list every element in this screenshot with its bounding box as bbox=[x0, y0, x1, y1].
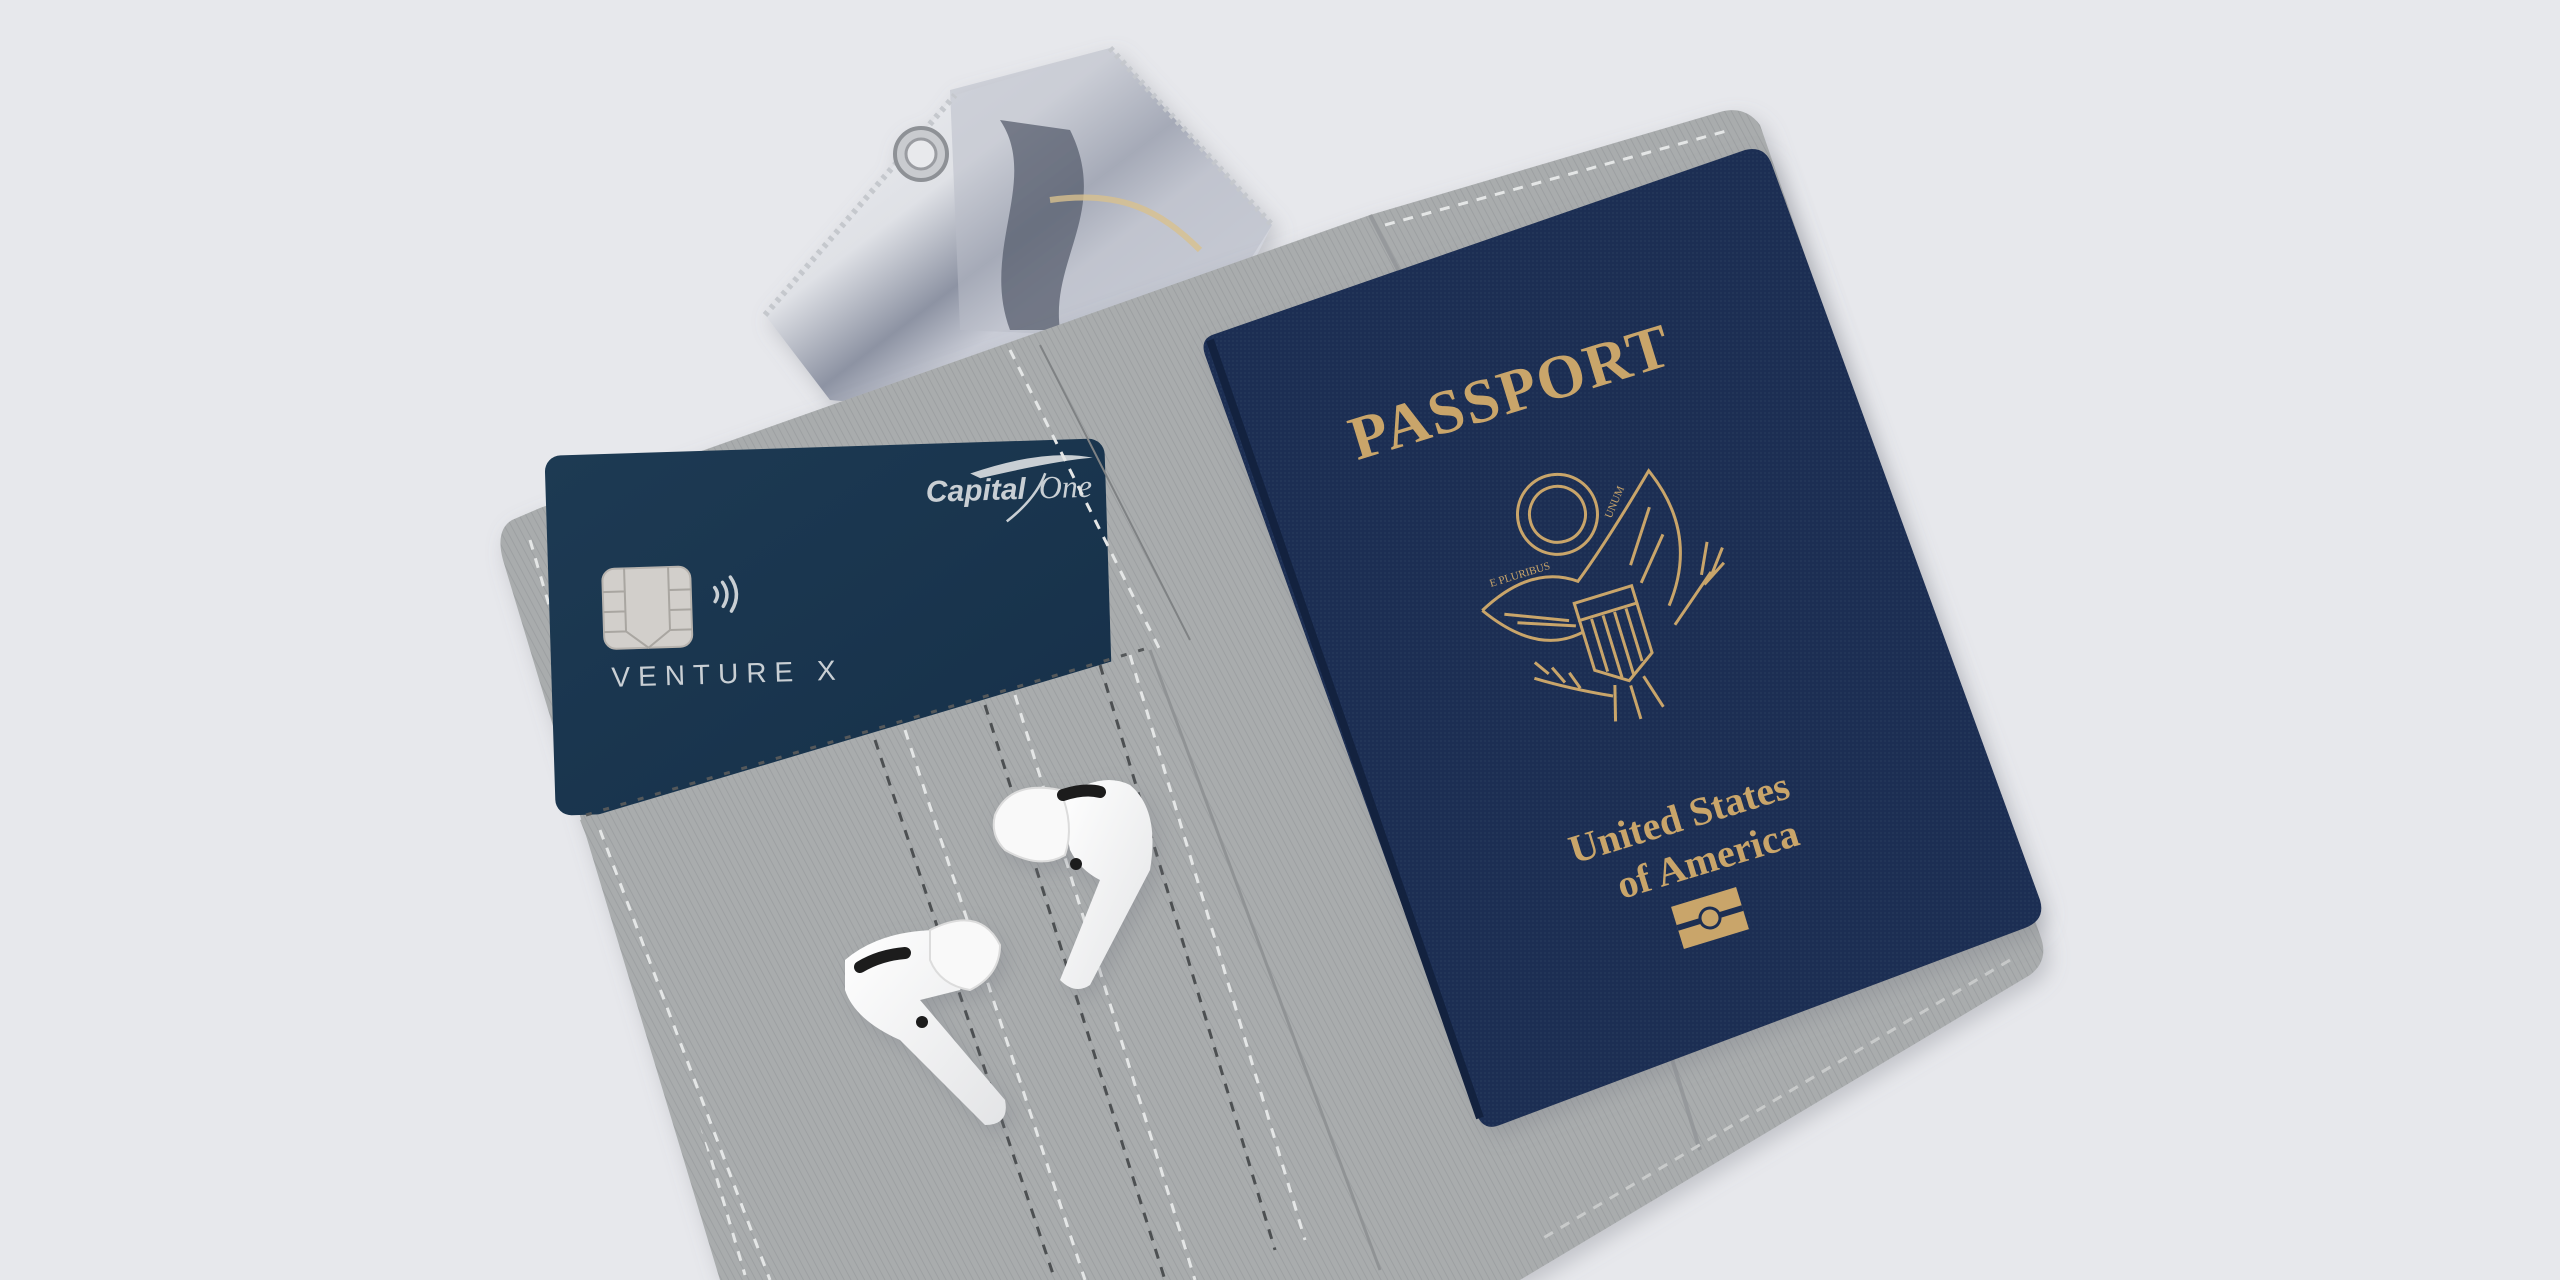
logo-text-one: One bbox=[1038, 468, 1092, 506]
photo-scene: VENTURE X Capital One PASSPORT bbox=[0, 0, 2560, 1280]
emv-chip-icon bbox=[602, 566, 692, 649]
metal-grommet-icon bbox=[895, 128, 947, 180]
logo-text-capital: Capital bbox=[925, 473, 1027, 509]
